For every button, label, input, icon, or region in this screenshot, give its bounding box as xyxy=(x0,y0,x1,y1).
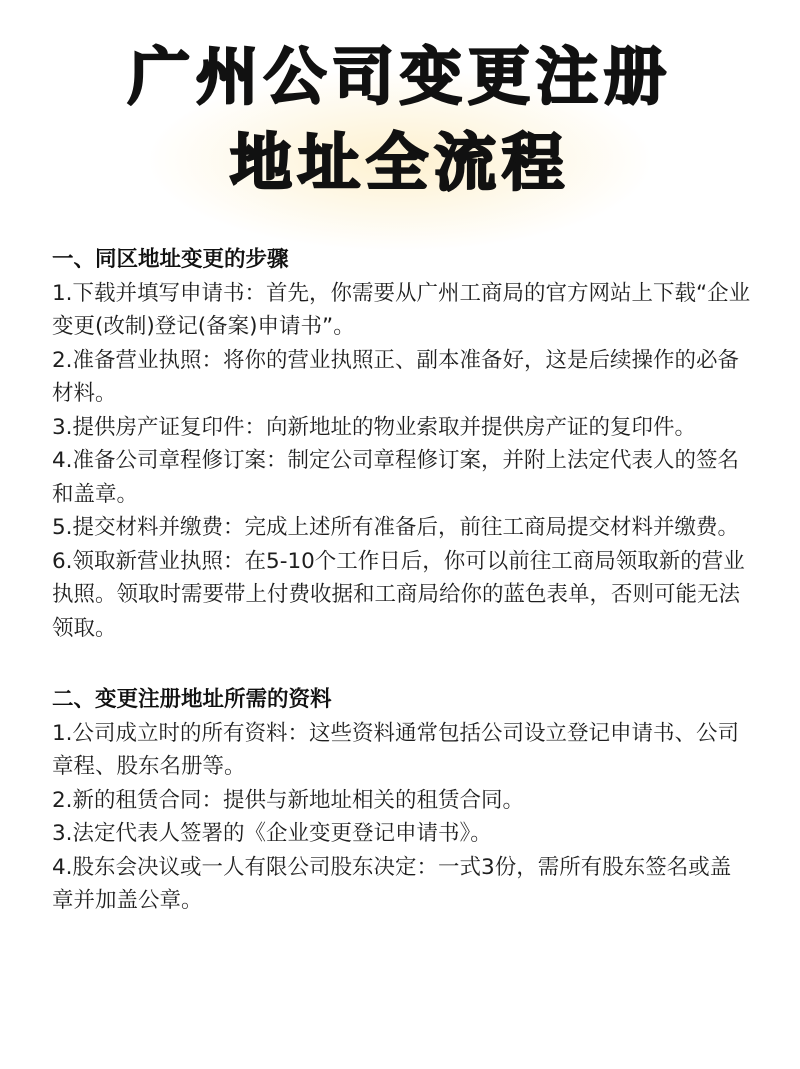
section-same-district-steps: 一、同区地址变更的步骤 1.下载并填写申请书：首先，你需要从广州工商局的官方网站… xyxy=(52,243,752,645)
list-item: 1.公司成立时的所有资料：这些资料通常包括公司设立登记申请书、公司章程、股东名册… xyxy=(52,717,752,784)
list-item: 3.法定代表人签署的《企业变更登记申请书》。 xyxy=(52,817,752,851)
page-title-line-1: 广州公司变更注册 xyxy=(0,46,800,108)
section-heading: 二、变更注册地址所需的资料 xyxy=(52,683,752,717)
section-required-documents: 二、变更注册地址所需的资料 1.公司成立时的所有资料：这些资料通常包括公司设立登… xyxy=(52,683,752,918)
list-item: 1.下载并填写申请书：首先，你需要从广州工商局的官方网站上下载“企业变更(改制)… xyxy=(52,277,752,344)
article-body: 一、同区地址变更的步骤 1.下载并填写申请书：首先，你需要从广州工商局的官方网站… xyxy=(52,243,752,918)
section-heading: 一、同区地址变更的步骤 xyxy=(52,243,752,277)
list-item: 4.准备公司章程修订案：制定公司章程修订案，并附上法定代表人的签名和盖章。 xyxy=(52,444,752,511)
list-item: 5.提交材料并缴费：完成上述所有准备后，前往工商局提交材料并缴费。 xyxy=(52,511,752,545)
list-item: 6.领取新营业执照：在5-10个工作日后，你可以前往工商局领取新的营业执照。领取… xyxy=(52,545,752,646)
list-item: 2.准备营业执照：将你的营业执照正、副本准备好，这是后续操作的必备材料。 xyxy=(52,344,752,411)
list-item: 2.新的租赁合同：提供与新地址相关的租赁合同。 xyxy=(52,784,752,818)
page-title-line-2: 地址全流程 xyxy=(0,132,800,194)
list-item: 4.股东会决议或一人有限公司股东决定：一式3份，需所有股东签名或盖章并加盖公章。 xyxy=(52,851,752,918)
list-item: 3.提供房产证复印件：向新地址的物业索取并提供房产证的复印件。 xyxy=(52,411,752,445)
